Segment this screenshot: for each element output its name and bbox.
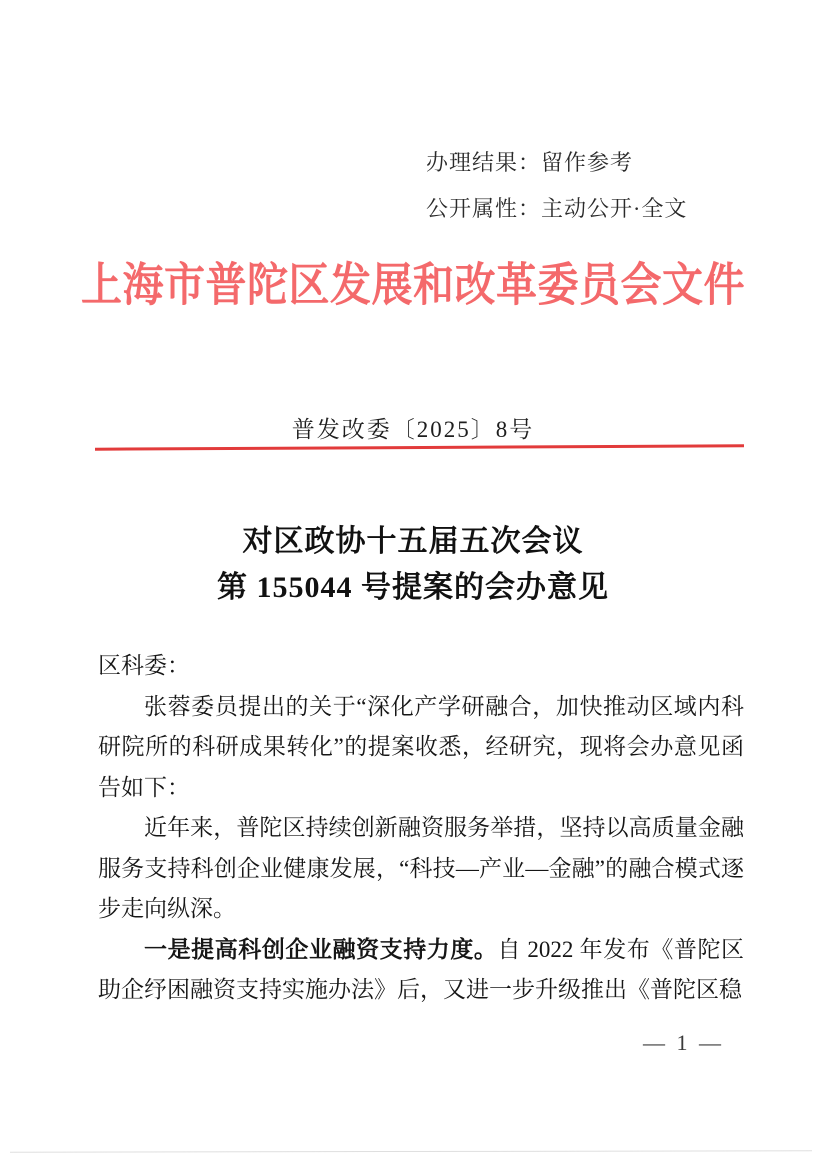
body-paragraph: 近年来，普陀区持续创新融资服务举措，坚持以高质量金融服务支持科创企业健康发展，“… xyxy=(98,808,744,930)
document-number: 普发改委〔2025〕8号 xyxy=(0,411,826,444)
document-title: 对区政协十五届五次会议 第 155044 号提案的会办意见 xyxy=(0,519,826,611)
page-number: — 1 — xyxy=(643,1030,724,1056)
document-body: 区科委： 张蓉委员提出的关于“深化产学研融合，加快推动区域内科研院所的科研成果转… xyxy=(98,646,744,1011)
document-page: 办理结果：留作参考 公开属性：主动公开·全文 上海市普陀区发展和改革委员会文件 … xyxy=(0,0,826,1169)
salutation: 区科委： xyxy=(98,646,744,687)
paragraph-bold-lead: 一是提高科创企业融资支持力度。 xyxy=(144,937,497,962)
red-divider-line xyxy=(95,444,744,450)
scan-edge-artifact xyxy=(10,1150,812,1152)
document-title-line-2: 第 155044 号提案的会办意见 xyxy=(0,565,826,611)
paragraph-text: 张蓉委员提出的关于“深化产学研融合，加快推动区域内科研院所的科研成果转化”的提案… xyxy=(98,694,744,800)
agency-banner: 上海市普陀区发展和改革委员会文件 xyxy=(0,248,826,314)
header-notes: 办理结果：留作参考 公开属性：主动公开·全文 xyxy=(426,140,687,232)
body-paragraph: 张蓉委员提出的关于“深化产学研融合，加快推动区域内科研院所的科研成果转化”的提案… xyxy=(98,687,744,809)
processing-result-note: 办理结果：留作参考 xyxy=(426,140,687,186)
paragraph-text: 近年来，普陀区持续创新融资服务举措，坚持以高质量金融服务支持科创企业健康发展，“… xyxy=(98,815,744,921)
disclosure-attribute-note: 公开属性：主动公开·全文 xyxy=(426,186,687,232)
body-paragraph: 一是提高科创企业融资支持力度。自 2022 年发布《普陀区助企纾困融资支持实施办… xyxy=(98,930,744,1011)
document-title-line-1: 对区政协十五届五次会议 xyxy=(0,519,826,565)
